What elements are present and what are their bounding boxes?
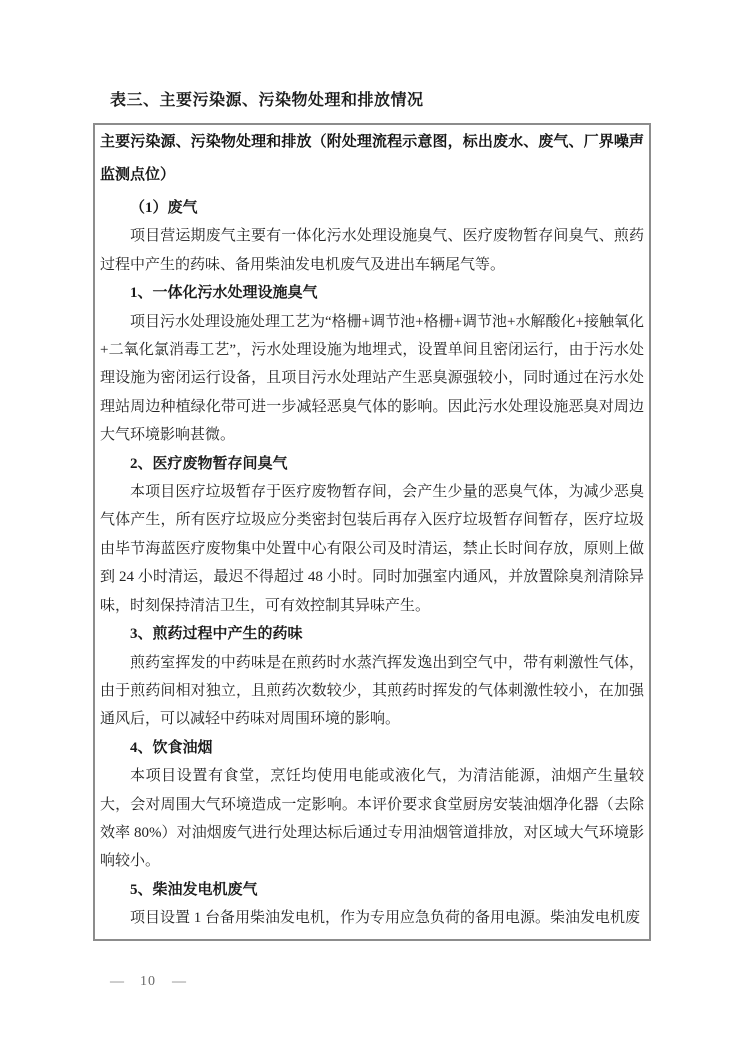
pollution-table: 主要污染源、污染物处理和排放（附处理流程示意图，标出废水、废气、厂界噪声监测点位… [93,123,651,941]
page-title: 表三、主要污染源、污染物处理和排放情况 [110,87,424,110]
page-footer: — 10 — [110,974,186,990]
section-heading: （1）废气 [100,194,644,222]
section-heading: 3、煎药过程中产生的药味 [100,620,644,648]
section-heading: 2、医疗废物暂存间臭气 [100,450,644,478]
paragraph: 项目污水处理设施处理工艺为“格栅+调节池+格栅+调节池+水解酸化+接触氧化+二氧… [100,308,644,450]
page-number: 10 [140,974,156,990]
section-heading: 4、饮食油烟 [100,734,644,762]
section-heading: 5、柴油发电机废气 [100,876,644,904]
paragraph: 煎药室挥发的中药味是在煎药时水蒸汽挥发逸出到空气中，带有刺激性气体，由于煎药间相… [100,649,644,734]
paragraph: 项目设置 1 台备用柴油发电机，作为专用应急负荷的备用电源。柴油发电机废 [100,904,644,932]
table-body: （1）废气项目营运期废气主要有一体化污水处理设施臭气、医疗废物暂存间臭气、煎药过… [100,194,644,933]
document-page: 表三、主要污染源、污染物处理和排放情况 主要污染源、污染物处理和排放（附处理流程… [0,0,740,1046]
footer-left-dash: — [110,974,124,990]
paragraph: 本项目设置有食堂，烹饪均使用电能或液化气，为清洁能源，油烟产生量较大，会对周围大… [100,762,644,876]
paragraph: 项目营运期废气主要有一体化污水处理设施臭气、医疗废物暂存间臭气、煎药过程中产生的… [100,222,644,279]
footer-right-dash: — [172,974,186,990]
paragraph: 本项目医疗垃圾暂存于医疗废物暂存间，会产生少量的恶臭气体，为减少恶臭气体产生，所… [100,478,644,620]
table-header: 主要污染源、污染物处理和排放（附处理流程示意图，标出废水、废气、厂界噪声监测点位… [100,126,644,192]
section-heading: 1、一体化污水处理设施臭气 [100,279,644,307]
